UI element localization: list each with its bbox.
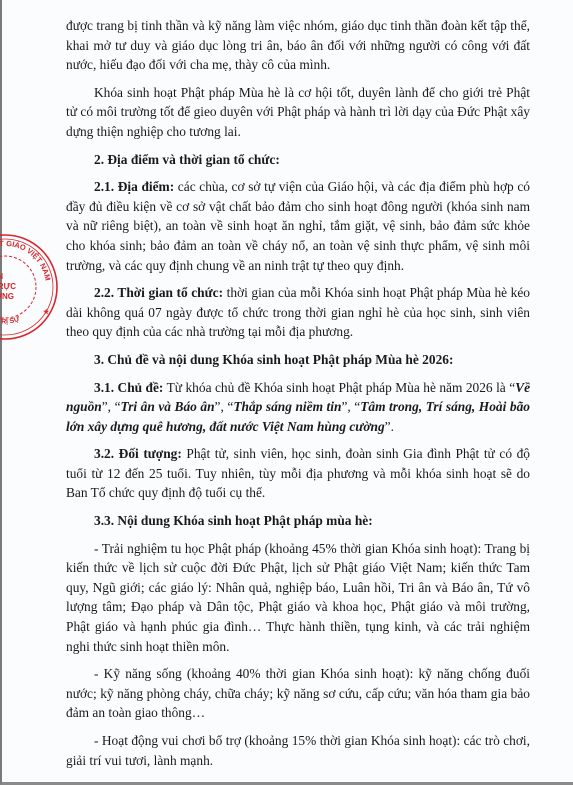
section-2-2-time: 2.2. Thời gian tổ chức: thời gian của mỗ…: [66, 283, 530, 342]
section-2-heading: 2. Địa điểm và thời gian tổ chức:: [66, 150, 530, 170]
theme-2: Tri ân và Báo ân: [121, 399, 215, 414]
theme-3: Thắp sáng niềm tin: [233, 399, 341, 414]
paragraph-opportunity: Khóa sinh hoạt Phật pháp Mùa hè là cơ hộ…: [66, 83, 530, 142]
section-3-2-participants: 3.2. Đối tượng: Phật tử, sinh viên, học …: [66, 444, 530, 503]
section-3-3-heading: 3.3. Nội dung Khóa sinh hoạt Phật pháp m…: [66, 511, 530, 531]
stamp-line-2: G TRỰC: [0, 282, 16, 291]
document-page: được trang bị tinh thần và kỹ năng làm v…: [0, 0, 573, 785]
paragraph-intro-continued: được trang bị tinh thần và kỹ năng làm v…: [66, 16, 530, 75]
section-3-heading: 3. Chủ đề và nội dung Khóa sinh hoạt Phậ…: [66, 350, 530, 370]
stamp-line-3: ƯƠNG: [0, 292, 14, 301]
stamp-bottom-text: G TRỊ SỰ: [0, 316, 21, 326]
section-3-1-text: Từ khóa chủ đề Khóa sinh hoạt Phật pháp …: [163, 380, 509, 395]
svg-text:G TRỊ SỰ: G TRỊ SỰ: [0, 316, 21, 326]
section-2-1-location: 2.1. Địa điểm: các chùa, cơ sở tự viện c…: [66, 177, 530, 275]
section-3-2-label: 3.2. Đối tượng:: [94, 446, 182, 461]
section-2-2-label: 2.2. Thời gian tổ chức:: [94, 285, 223, 300]
section-3-1-theme: 3.1. Chủ đề: Từ khóa chủ đề Khóa sinh ho…: [66, 378, 530, 437]
stamp-star-icon: ★: [43, 308, 50, 316]
stamp-line-1: AN: [0, 272, 3, 281]
content-item: - Kỹ năng sống (khoảng 40% thời gian Khó…: [66, 664, 530, 723]
svg-text:GIÁO HỘI PHẬT GIÁO VIỆT NAM: GIÁO HỘI PHẬT GIÁO VIỆT NAM: [0, 239, 53, 281]
official-seal-stamp: GIÁO HỘI PHẬT GIÁO VIỆT NAM G TRỊ SỰ AN …: [0, 232, 60, 342]
section-2-1-label: 2.1. Địa điểm:: [94, 179, 174, 194]
document-body: được trang bị tinh thần và kỹ năng làm v…: [66, 16, 530, 778]
content-item: - Trải nghiệm tu học Phật pháp (khoảng 4…: [66, 539, 530, 657]
section-3-1-label: 3.1. Chủ đề:: [94, 380, 163, 395]
stamp-arc-text: GIÁO HỘI PHẬT GIÁO VIỆT NAM: [0, 239, 53, 281]
content-item: - Hoạt động vui chơi bổ trợ (khoảng 15% …: [66, 731, 530, 770]
